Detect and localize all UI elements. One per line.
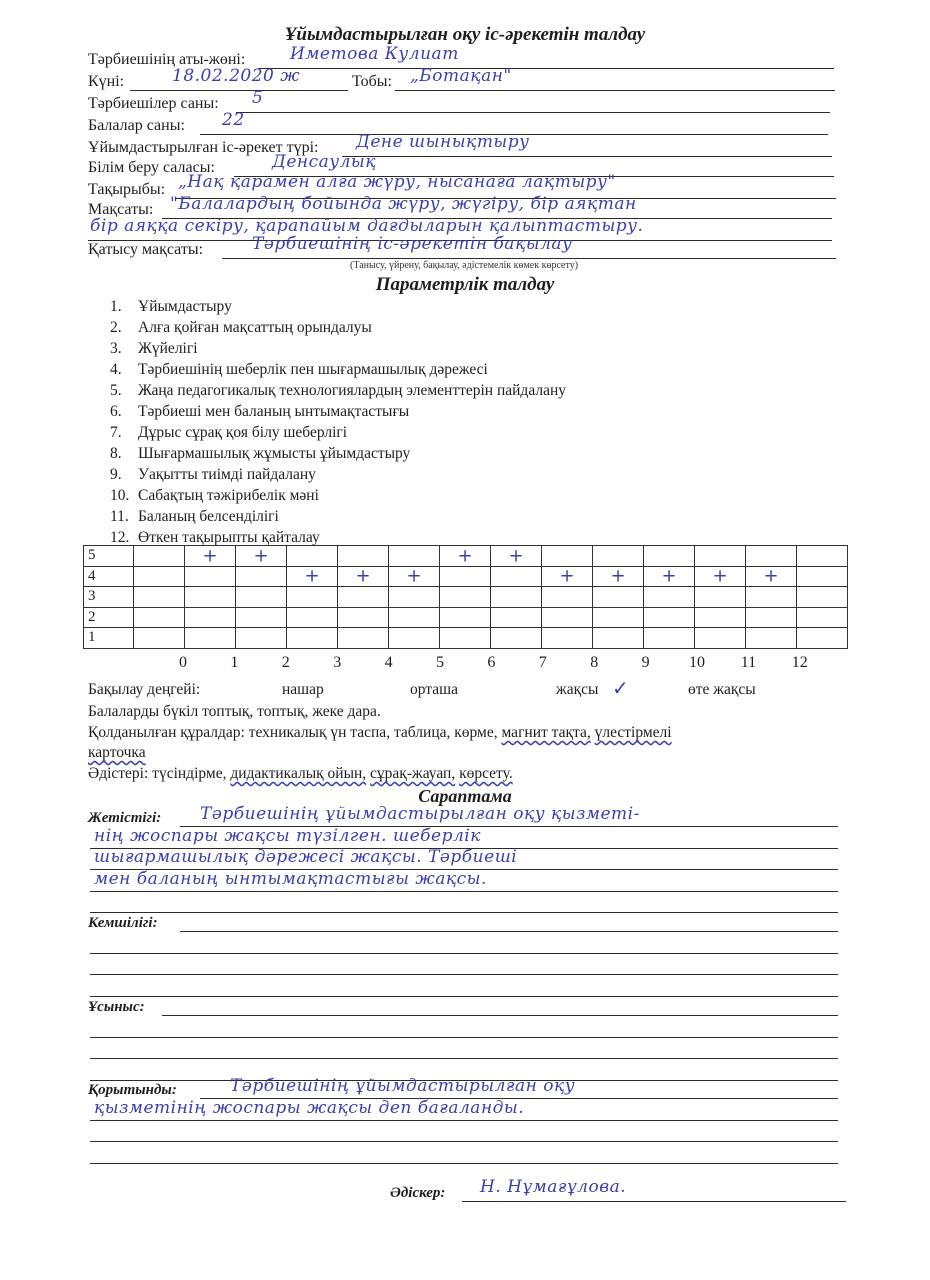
grid-cell[interactable]: +	[338, 566, 389, 587]
parameter-number: 10.	[110, 485, 138, 506]
grid-cell[interactable]	[287, 628, 338, 649]
methodist-line	[462, 1201, 846, 1202]
x-tick-label: 2	[276, 654, 296, 672]
grid-cell[interactable]	[491, 566, 542, 587]
grid-cell[interactable]	[236, 607, 287, 628]
check-mark-icon: ✓	[612, 676, 629, 700]
grid-cell[interactable]	[644, 628, 695, 649]
grid-cell[interactable]	[593, 607, 644, 628]
ruled-line	[180, 931, 838, 932]
plus-mark-icon: +	[661, 569, 676, 584]
parameter-label: Шығармашылық жұмысты ұйымдастыру	[138, 445, 410, 462]
observation-level-label: Бақылау деңгейі:	[88, 681, 200, 699]
ruled-line	[90, 974, 838, 975]
tools-line-2: карточка	[88, 744, 146, 762]
grid-cell[interactable]	[236, 566, 287, 587]
x-tick-label: 0	[173, 654, 193, 672]
grid-cell[interactable]	[338, 587, 389, 608]
handwritten-line: нің жоспары жақсы түзілген. шеберлік	[94, 826, 481, 846]
methods-underlined-3: көрсету.	[459, 765, 513, 782]
goal-value-line1[interactable]: "Балалардың бойында жүру, жүгіру, бір ая…	[170, 194, 637, 214]
grid-cell[interactable]	[797, 566, 848, 587]
parameter-label: Сабақтың тәжірибелік мәні	[138, 487, 319, 504]
teachers-count-line	[236, 112, 830, 113]
parameter-label: Ұйымдастыру	[138, 298, 232, 315]
participation-goal-line	[222, 258, 836, 259]
conclusion-label: Қорытынды:	[88, 1082, 177, 1099]
grid-cell[interactable]	[746, 546, 797, 567]
x-tick-label: 5	[430, 654, 450, 672]
teacher-name-line	[258, 68, 834, 69]
observation-option-average[interactable]: орташа	[410, 681, 458, 699]
ruled-line	[90, 996, 838, 997]
grid-cell[interactable]	[542, 607, 593, 628]
grid-cell[interactable]: +	[644, 566, 695, 587]
parameter-item: 3.Жүйелігі	[110, 338, 566, 359]
children-count-label: Балалар саны:	[88, 116, 185, 136]
group-label: Тобы:	[352, 72, 392, 92]
grid-cell[interactable]	[440, 607, 491, 628]
grid-cell[interactable]	[695, 607, 746, 628]
parameter-number: 11.	[110, 506, 138, 527]
plus-mark-icon: +	[763, 569, 778, 584]
grid-cell[interactable]	[134, 607, 185, 628]
tools-underlined-1: магнит тақта,	[501, 724, 590, 741]
methodist-label: Әдіскер:	[390, 1185, 445, 1202]
grid-cell[interactable]	[491, 607, 542, 628]
grid-cell[interactable]	[746, 628, 797, 649]
ruled-line	[90, 1163, 838, 1164]
grid-cell[interactable]	[185, 587, 236, 608]
date-value[interactable]: 18.02.2020 ж	[172, 66, 300, 86]
grid-cell[interactable]	[338, 546, 389, 567]
tools-plain: техникалық үн таспа, таблица, көрме,	[249, 724, 498, 741]
grid-cell[interactable]	[134, 587, 185, 608]
x-tick-label: 3	[327, 654, 347, 672]
parameter-number: 2.	[110, 317, 138, 338]
handwritten-line: шығармашылық дәрежесі жақсы. Тәрбиеші	[94, 847, 517, 867]
grid-cell[interactable]	[236, 628, 287, 649]
parameter-label: Баланың белсенділігі	[138, 508, 279, 525]
ruled-line	[90, 912, 838, 913]
handwritten-line: қызметінің жоспары жақсы деп бағаланды.	[94, 1098, 524, 1118]
grid-cell[interactable]	[440, 566, 491, 587]
parameter-label: Уақытты тиімді пайдалану	[138, 466, 316, 483]
teachers-count-value[interactable]: 5	[252, 88, 263, 108]
parameter-number: 9.	[110, 464, 138, 485]
shortcomings-label: Кемшілігі:	[88, 915, 158, 932]
rating-grid: 5++++4++++++++321	[83, 545, 848, 649]
x-tick-label: 7	[533, 654, 553, 672]
activity-type-value[interactable]: Дене шынықтыру	[356, 132, 530, 152]
grid-cell[interactable]	[491, 628, 542, 649]
parameter-item: 7.Дұрыс сұрақ қоя білу шеберлігі	[110, 422, 566, 443]
grid-row: 4++++++++	[84, 566, 848, 587]
grid-row-label: 3	[84, 587, 134, 608]
parameter-item: 9.Уақытты тиімді пайдалану	[110, 464, 566, 485]
grid-row: 2	[84, 607, 848, 628]
grid-cell[interactable]	[797, 628, 848, 649]
parameter-item: 4.Тәрбиешінің шеберлік пен шығармашылық …	[110, 359, 566, 380]
grid-cell[interactable]	[134, 566, 185, 587]
grid-cell[interactable]	[185, 566, 236, 587]
parameter-number: 3.	[110, 338, 138, 359]
grid-cell[interactable]: +	[440, 546, 491, 567]
grid-cell[interactable]	[542, 628, 593, 649]
plus-mark-icon: +	[304, 569, 319, 584]
parameter-number: 8.	[110, 443, 138, 464]
teacher-name-value[interactable]: Иметова Кулиат	[290, 44, 459, 64]
topic-value[interactable]: „Нақ қарамен алға жүру, нысанаға лақтыру…	[178, 172, 616, 192]
grid-cell[interactable]: +	[185, 546, 236, 567]
parameter-number: 7.	[110, 422, 138, 443]
parameter-number: 6.	[110, 401, 138, 422]
grid-cell[interactable]	[185, 607, 236, 628]
ruled-line	[90, 1058, 838, 1059]
grid-cell[interactable]	[644, 587, 695, 608]
x-tick-label: 10	[687, 654, 707, 672]
grid-row-label: 2	[84, 607, 134, 628]
grid-cell[interactable]	[593, 587, 644, 608]
parameter-label: Дұрыс сұрақ қоя білу шеберлігі	[138, 424, 347, 441]
achievements-label: Жетістігі:	[88, 810, 161, 827]
x-tick-label: 8	[584, 654, 604, 672]
grid-cell[interactable]: +	[593, 566, 644, 587]
topic-label: Тақырыбы:	[88, 180, 165, 200]
x-tick-label: 12	[790, 654, 810, 672]
grid-row-label: 1	[84, 628, 134, 649]
group-line	[395, 90, 835, 91]
parameter-number: 1.	[110, 296, 138, 317]
plus-mark-icon: +	[712, 569, 727, 584]
grid-cell[interactable]	[491, 587, 542, 608]
teachers-count-label: Тәрбиешілер саны:	[88, 94, 219, 114]
grid-cell[interactable]	[287, 546, 338, 567]
grid-cell[interactable]: +	[542, 566, 593, 587]
grid-cell[interactable]	[389, 587, 440, 608]
parameter-item: 10.Сабақтың тәжірибелік мәні	[110, 485, 566, 506]
grid-cell[interactable]	[695, 546, 746, 567]
grid-cell[interactable]: +	[236, 546, 287, 567]
parameter-item: 2.Алға қойған мақсаттың орындалуы	[110, 317, 566, 338]
handwritten-line: мен баланың ынтымақтастығы жақсы.	[94, 869, 487, 889]
handwritten-line: Тәрбиешінің ұйымдастырылған оқу	[230, 1076, 575, 1096]
children-count-value[interactable]: 22	[222, 110, 245, 130]
ruled-line	[90, 953, 838, 954]
parameter-label: Тәрбиешінің шеберлік пен шығармашылық дә…	[138, 361, 488, 378]
grid-cell[interactable]	[797, 587, 848, 608]
grid-cell[interactable]	[440, 628, 491, 649]
grid-cell[interactable]: +	[287, 566, 338, 587]
plus-mark-icon: +	[457, 548, 472, 563]
parameter-item: 1.Ұйымдастыру	[110, 296, 566, 317]
tools-line: Қолданылған құралдар: техникалық үн тасп…	[88, 724, 672, 742]
ruled-line	[90, 1141, 838, 1142]
parameter-label: Алға қойған мақсаттың орындалуы	[138, 319, 372, 336]
grid-cell[interactable]	[593, 546, 644, 567]
tools-underlined-3: карточка	[88, 744, 146, 761]
plus-mark-icon: +	[610, 569, 625, 584]
x-tick-label: 4	[379, 654, 399, 672]
parameter-item: 11.Баланың белсенділігі	[110, 506, 566, 527]
ruled-line	[90, 1120, 838, 1121]
ruled-line	[90, 1037, 838, 1038]
grid-cell[interactable]	[542, 587, 593, 608]
methods-underlined-1: дидактикалық ойын,	[230, 765, 366, 782]
grid-cell[interactable]	[593, 628, 644, 649]
grid-cell[interactable]	[746, 607, 797, 628]
observation-option-excellent[interactable]: өте жақсы	[688, 681, 756, 699]
methodist-signature[interactable]: Н. Нұмағұлова.	[480, 1177, 626, 1197]
grid-cell[interactable]	[389, 607, 440, 628]
participation-goal-label: Қатысу мақсаты:	[88, 240, 203, 260]
grid-cell[interactable]	[440, 587, 491, 608]
grid-cell[interactable]	[134, 628, 185, 649]
grid-cell[interactable]	[185, 628, 236, 649]
suggestion-label: Ұсыныс:	[88, 999, 145, 1016]
grid-cell[interactable]: +	[746, 566, 797, 587]
parameter-label: Тәрбиеші мен баланың ынтымақтастығы	[138, 403, 409, 420]
group-value[interactable]: „Ботақан"	[410, 66, 512, 86]
date-line	[130, 90, 348, 91]
parametric-analysis-title: Параметрлік талдау	[0, 274, 930, 296]
grid-cell[interactable]	[542, 546, 593, 567]
grid-cell[interactable]	[644, 607, 695, 628]
plus-mark-icon: +	[406, 569, 421, 584]
parameter-label: Жүйелігі	[138, 340, 198, 357]
methods-label: Әдістері:	[88, 765, 148, 782]
methods-underlined-2: сұрақ-жауап,	[370, 765, 455, 782]
grid-row: 3	[84, 587, 848, 608]
x-tick-label: 6	[481, 654, 501, 672]
grid-cell[interactable]: +	[491, 546, 542, 567]
x-tick-label: 9	[636, 654, 656, 672]
parameter-label: Өткен тақырыпты қайталау	[138, 529, 320, 546]
methods-line: Әдістері: түсіндірме, дидактикалық ойын,…	[88, 765, 513, 783]
grid-cell[interactable]	[287, 607, 338, 628]
x-tick-label: 11	[738, 654, 758, 672]
grid-cell[interactable]	[236, 587, 287, 608]
plus-mark-icon: +	[202, 548, 217, 563]
education-area-value[interactable]: Денсаулық	[272, 152, 376, 172]
handwritten-line: Тәрбиешінің ұйымдастырылған оқу қызметі-	[200, 804, 640, 824]
plus-mark-icon: +	[559, 569, 574, 584]
x-tick-label: 1	[224, 654, 244, 672]
plus-mark-icon: +	[253, 548, 268, 563]
parameter-number: 4.	[110, 359, 138, 380]
observation-option-poor[interactable]: нашар	[282, 681, 324, 699]
grid-row-label: 4	[84, 566, 134, 587]
grid-cell[interactable]	[389, 546, 440, 567]
grid-cell[interactable]	[797, 546, 848, 567]
grid-cell[interactable]	[389, 628, 440, 649]
grid-cell[interactable]: +	[695, 566, 746, 587]
activity-type-line	[342, 156, 832, 157]
grid-cell[interactable]	[338, 628, 389, 649]
grid-cell[interactable]	[746, 587, 797, 608]
grid-row: 1	[84, 628, 848, 649]
parameter-item: 5.Жаңа педагогикалық технологиялардың эл…	[110, 380, 566, 401]
ruled-line	[90, 891, 838, 892]
goal-value-line2[interactable]: бір аяққа секіру, қарапайым дағдыларын қ…	[90, 216, 643, 236]
parameter-item: 8.Шығармашылық жұмысты ұйымдастыру	[110, 443, 566, 464]
parametric-analysis-list: 1.Ұйымдастыру2.Алға қойған мақсаттың оры…	[110, 296, 566, 548]
parameter-number: 5.	[110, 380, 138, 401]
grid-cell[interactable]	[695, 628, 746, 649]
grid-cell[interactable]	[797, 607, 848, 628]
grid-cell[interactable]	[338, 607, 389, 628]
grid-cell[interactable]	[287, 587, 338, 608]
grid-cell[interactable]: +	[389, 566, 440, 587]
grid-row: 5++++	[84, 546, 848, 567]
grid-cell[interactable]	[134, 546, 185, 567]
document-title: Ұйымдастырылған оқу іс-әрекетін талдау	[0, 24, 930, 46]
plus-mark-icon: +	[355, 569, 370, 584]
participation-goal-hint: (Танысу, үйрену, бақылау, әдістемелік кө…	[350, 260, 578, 271]
grid-row-label: 5	[84, 546, 134, 567]
grid-cell[interactable]	[695, 587, 746, 608]
parameter-item: 6.Тәрбиеші мен баланың ынтымақтастығы	[110, 401, 566, 422]
date-label: Күні:	[88, 72, 124, 92]
grid-cell[interactable]	[644, 546, 695, 567]
parameter-label: Жаңа педагогикалық технологиялардың элем…	[138, 382, 566, 399]
observation-option-good[interactable]: жақсы	[556, 681, 598, 699]
plus-mark-icon: +	[508, 548, 523, 563]
ruled-line	[162, 1015, 838, 1016]
methods-plain: түсіндірме,	[152, 765, 226, 782]
children-form-text: Балаларды бүкіл топтық, топтық, жеке дар…	[88, 703, 381, 721]
tools-underlined-2: үлестірмелі	[595, 724, 672, 741]
tools-label: Қолданылған құралдар:	[88, 724, 245, 741]
participation-goal-value[interactable]: Тәрбиешінің іс-әрекетін бақылау	[252, 234, 572, 254]
